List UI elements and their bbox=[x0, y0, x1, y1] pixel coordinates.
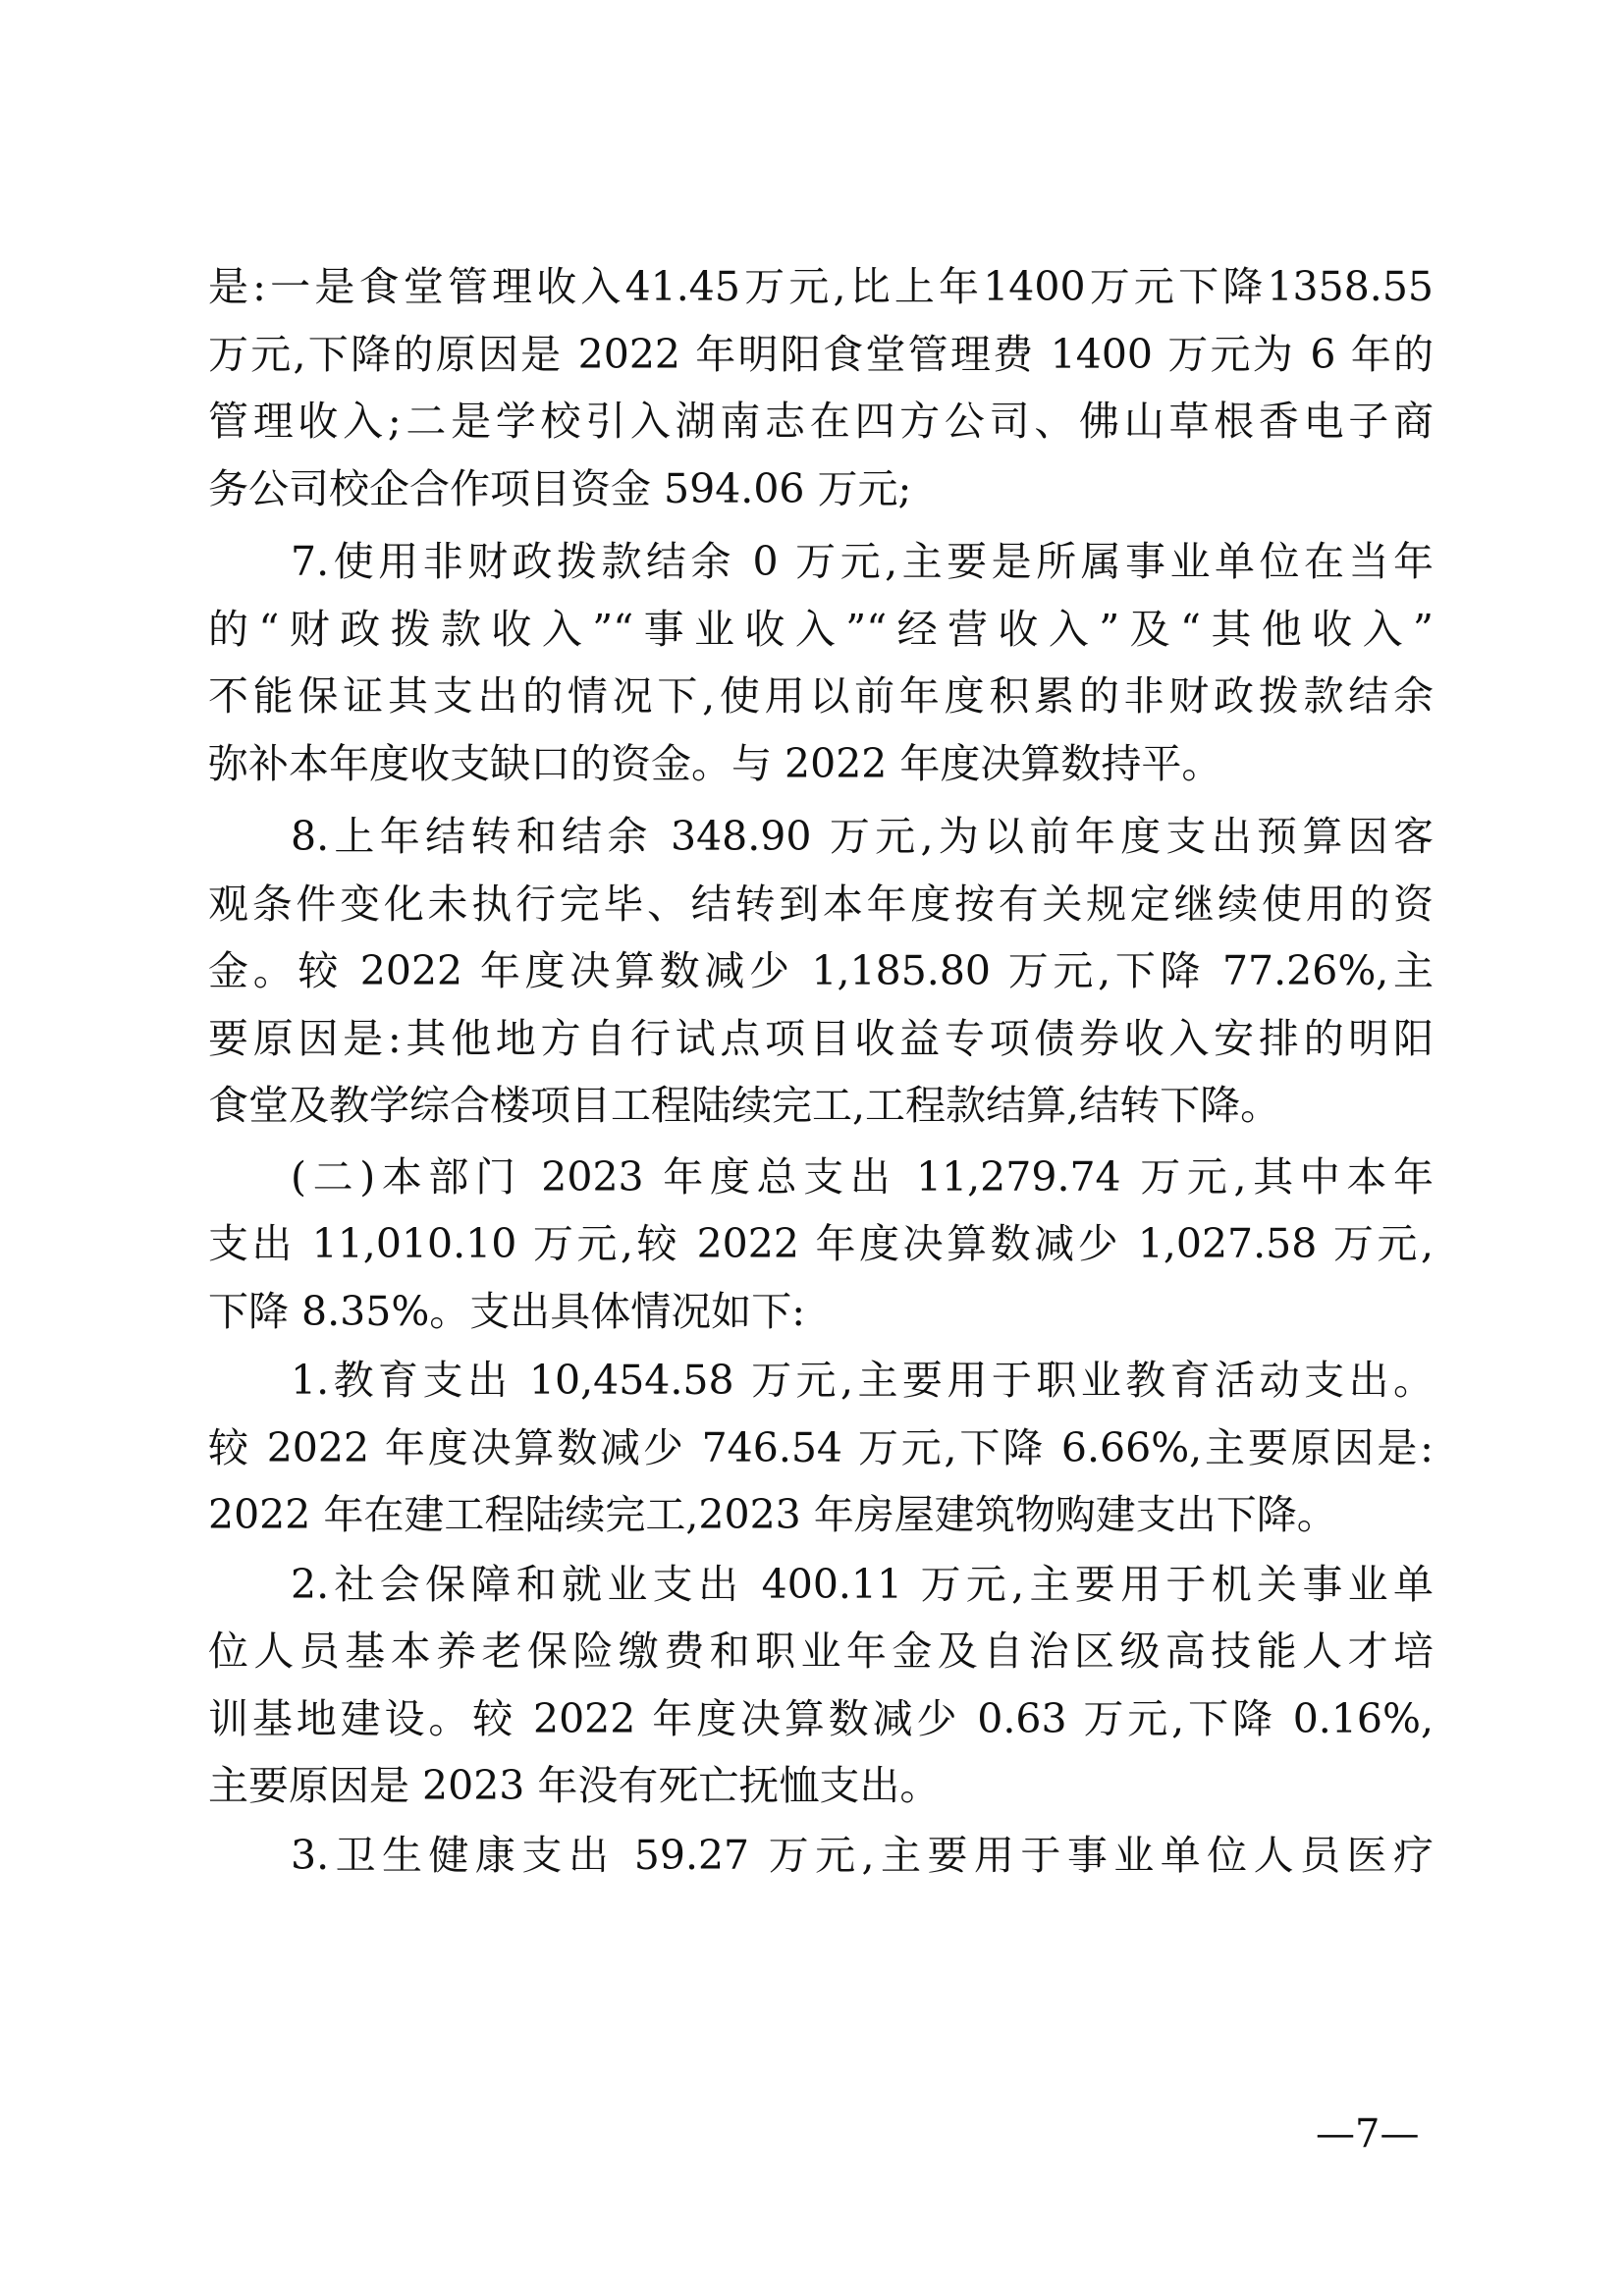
section-heading-line: (二)本部门 2023 年度总支出 11,279.74 万元,其中本年 bbox=[208, 1144, 1434, 1211]
document-body: 是:一是食堂管理收入41.45万元,比上年1400万元下降1358.55 万元,… bbox=[208, 253, 1434, 1889]
text-line: 金。较 2022 年度决算数减少 1,185.80 万元,下降 77.26%,主 bbox=[208, 937, 1434, 1005]
text-line: 弥补本年度收支缺口的资金。与 2022 年度决算数持平。 bbox=[208, 730, 1434, 798]
paragraph-other-income-continued: 是:一是食堂管理收入41.45万元,比上年1400万元下降1358.55 万元,… bbox=[208, 253, 1434, 522]
paragraph-item-8-carryover: 8.上年结转和结余 348.90 万元,为以前年度支出预算因客 观条件变化未执行… bbox=[208, 803, 1434, 1140]
page-number: —7— bbox=[1316, 2110, 1419, 2158]
text-line: 食堂及教学综合楼项目工程陆续完工,工程款结算,结转下降。 bbox=[208, 1072, 1434, 1140]
text-line: 2.社会保障和就业支出 400.11 万元,主要用于机关事业单 bbox=[208, 1551, 1434, 1619]
text-line: 1.教育支出 10,454.58 万元,主要用于职业教育活动支出。 bbox=[208, 1347, 1434, 1415]
text-line: 支出 11,010.10 万元,较 2022 年度决算数减少 1,027.58 … bbox=[208, 1210, 1434, 1278]
text-line: 2022 年在建工程陆续完工,2023 年房屋建筑物购建支出下降。 bbox=[208, 1481, 1434, 1549]
text-line: 3.卫生健康支出 59.27 万元,主要用于事业单位人员医疗 bbox=[208, 1822, 1434, 1890]
text-line: 位人员基本养老保险缴费和职业年金及自治区级高技能人才培 bbox=[208, 1618, 1434, 1685]
document-page: 是:一是食堂管理收入41.45万元,比上年1400万元下降1358.55 万元,… bbox=[0, 0, 1624, 2296]
text-line: 主要原因是 2023 年没有死亡抚恤支出。 bbox=[208, 1752, 1434, 1820]
text-line: 要原因是:其他地方自行试点项目收益专项债券收入安排的明阳 bbox=[208, 1005, 1434, 1073]
text-line: 观条件变化未执行完毕、结转到本年度按有关规定继续使用的资 bbox=[208, 871, 1434, 938]
paragraph-section-2-total-expenditure: (二)本部门 2023 年度总支出 11,279.74 万元,其中本年 支出 1… bbox=[208, 1144, 1434, 1346]
text-line: 不能保证其支出的情况下,使用以前年度积累的非财政拨款结余 bbox=[208, 663, 1434, 730]
text-line: 下降 8.35%。支出具体情况如下: bbox=[208, 1278, 1434, 1346]
text-line: 较 2022 年度决算数减少 746.54 万元,下降 6.66%,主要原因是: bbox=[208, 1415, 1434, 1482]
paragraph-item-7-non-fiscal-balance: 7.使用非财政拨款结余 0 万元,主要是所属事业单位在当年 的“财政拨款收入”“… bbox=[208, 528, 1434, 797]
text-line: 是:一是食堂管理收入41.45万元,比上年1400万元下降1358.55 bbox=[208, 253, 1434, 321]
text-line: 7.使用非财政拨款结余 0 万元,主要是所属事业单位在当年 bbox=[208, 528, 1434, 596]
text-line: 万元,下降的原因是 2022 年明阳食堂管理费 1400 万元为 6 年的 bbox=[208, 321, 1434, 389]
text-line: 管理收入;二是学校引入湖南志在四方公司、佛山草根香电子商 bbox=[208, 388, 1434, 455]
paragraph-education-expenditure: 1.教育支出 10,454.58 万元,主要用于职业教育活动支出。 较 2022… bbox=[208, 1347, 1434, 1549]
text-line: 训基地建设。较 2022 年度决算数减少 0.63 万元,下降 0.16%, bbox=[208, 1685, 1434, 1753]
paragraph-health-expenditure: 3.卫生健康支出 59.27 万元,主要用于事业单位人员医疗 bbox=[208, 1822, 1434, 1890]
text-line: 的“财政拨款收入”“事业收入”“经营收入”及“其他收入” bbox=[208, 596, 1434, 664]
paragraph-social-security-expenditure: 2.社会保障和就业支出 400.11 万元,主要用于机关事业单 位人员基本养老保… bbox=[208, 1551, 1434, 1820]
text-line: 8.上年结转和结余 348.90 万元,为以前年度支出预算因客 bbox=[208, 803, 1434, 871]
text-line: 务公司校企合作项目资金 594.06 万元; bbox=[208, 455, 1434, 523]
